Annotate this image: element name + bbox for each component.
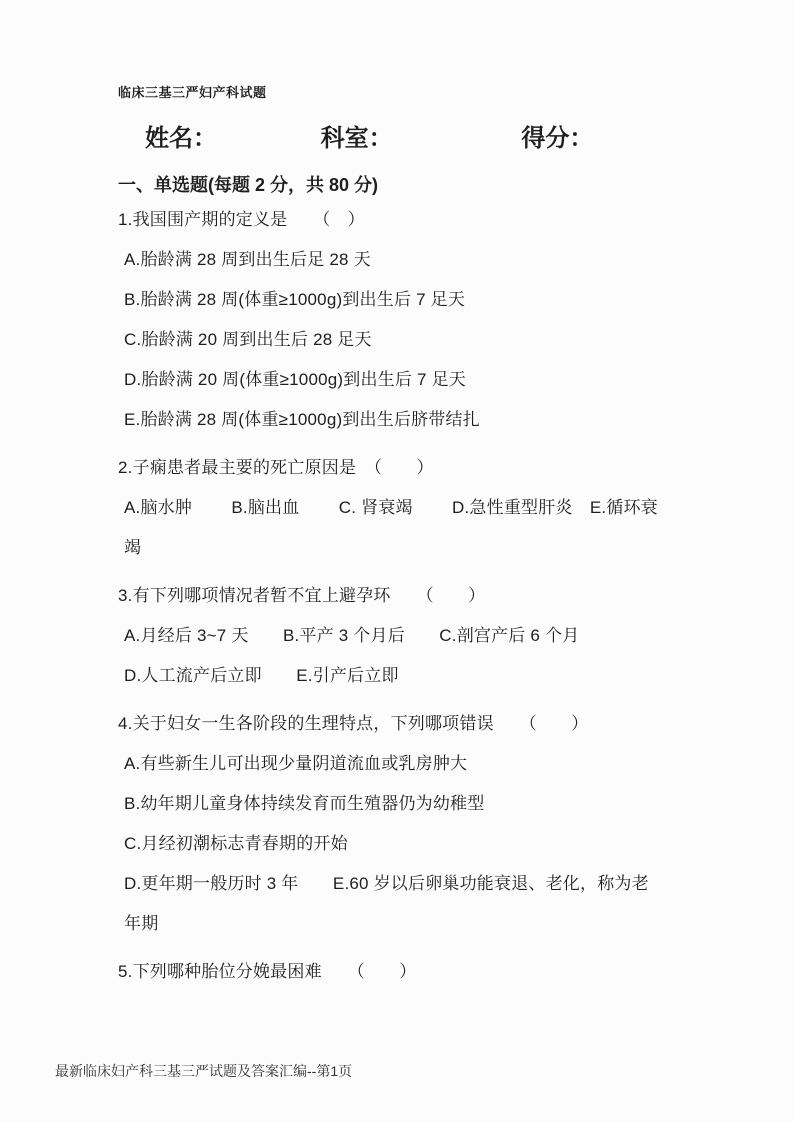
question-option-line: A.胎龄满 28 周到出生后足 28 天 [118,240,681,280]
question-block: 2.子痫患者最主要的死亡原因是 （ ）A.脑水肿 B.脑出血 C. 肾衰竭 D.… [118,448,681,568]
question-option-line: 年期 [118,904,681,944]
name-label: 姓名： [145,125,217,152]
question-stem: 3.有下列哪项情况者暂不宜上避孕环 （ ） [118,576,681,616]
header-fields-row: 姓名： 科室： 得分： [118,123,681,155]
question-block: 4.关于妇女一生各阶段的生理特点，下列哪项错误 （ ）A.有些新生儿可出现少量阴… [118,704,681,944]
question-block: 1.我国围产期的定义是 （ ）A.胎龄满 28 周到出生后足 28 天B.胎龄满… [118,200,681,440]
question-stem: 5.下列哪种胎位分娩最困难 （ ） [118,952,681,992]
department-label: 科室： [321,125,393,152]
question-option-line: D.人工流产后立即 E.引产后立即 [118,656,681,696]
page-footer: 最新临床妇产科三基三严试题及答案汇编--第1页 [55,1062,352,1080]
question-option-line: B.幼年期儿童身体持续发育而生殖器仍为幼稚型 [118,784,681,824]
document-content: 临床三基三严妇产科试题 姓名： 科室： 得分： 一、单选题(每题 2 分，共 8… [0,0,793,992]
question-stem: 4.关于妇女一生各阶段的生理特点，下列哪项错误 （ ） [118,704,681,744]
question-option-line: D.更年期一般历时 3 年 E.60 岁以后卵巢功能衰退、老化，称为老 [118,864,681,904]
question-block: 5.下列哪种胎位分娩最困难 （ ） [118,952,681,992]
question-option-line: A.有些新生儿可出现少量阴道流血或乳房肿大 [118,744,681,784]
section-heading: 一、单选题(每题 2 分，共 80 分) [118,172,681,198]
questions-list: 1.我国围产期的定义是 （ ）A.胎龄满 28 周到出生后足 28 天B.胎龄满… [118,200,681,992]
question-option-line: C.月经初潮标志青春期的开始 [118,824,681,864]
question-option-line: A.月经后 3~7 天 B.平产 3 个月后 C.剖宫产后 6 个月 [118,616,681,656]
question-option-line: D.胎龄满 20 周(体重≥1000g)到出生后 7 足天 [118,360,681,400]
question-block: 3.有下列哪项情况者暂不宜上避孕环 （ ）A.月经后 3~7 天 B.平产 3 … [118,576,681,696]
question-option-line: C.胎龄满 20 周到出生后 28 足天 [118,320,681,360]
question-stem: 1.我国围产期的定义是 （ ） [118,200,681,240]
document-page: 临床三基三严妇产科试题 姓名： 科室： 得分： 一、单选题(每题 2 分，共 8… [0,0,793,1122]
score-label: 得分： [521,125,593,152]
question-option-line: 竭 [118,528,681,568]
question-option-line: B.胎龄满 28 周(体重≥1000g)到出生后 7 足天 [118,280,681,320]
question-option-line: A.脑水肿 B.脑出血 C. 肾衰竭 D.急性重型肝炎 E.循环衰 [118,488,681,528]
question-option-line: E.胎龄满 28 周(体重≥1000g)到出生后脐带结扎 [118,400,681,440]
document-title: 临床三基三严妇产科试题 [118,84,681,102]
question-stem: 2.子痫患者最主要的死亡原因是 （ ） [118,448,681,488]
